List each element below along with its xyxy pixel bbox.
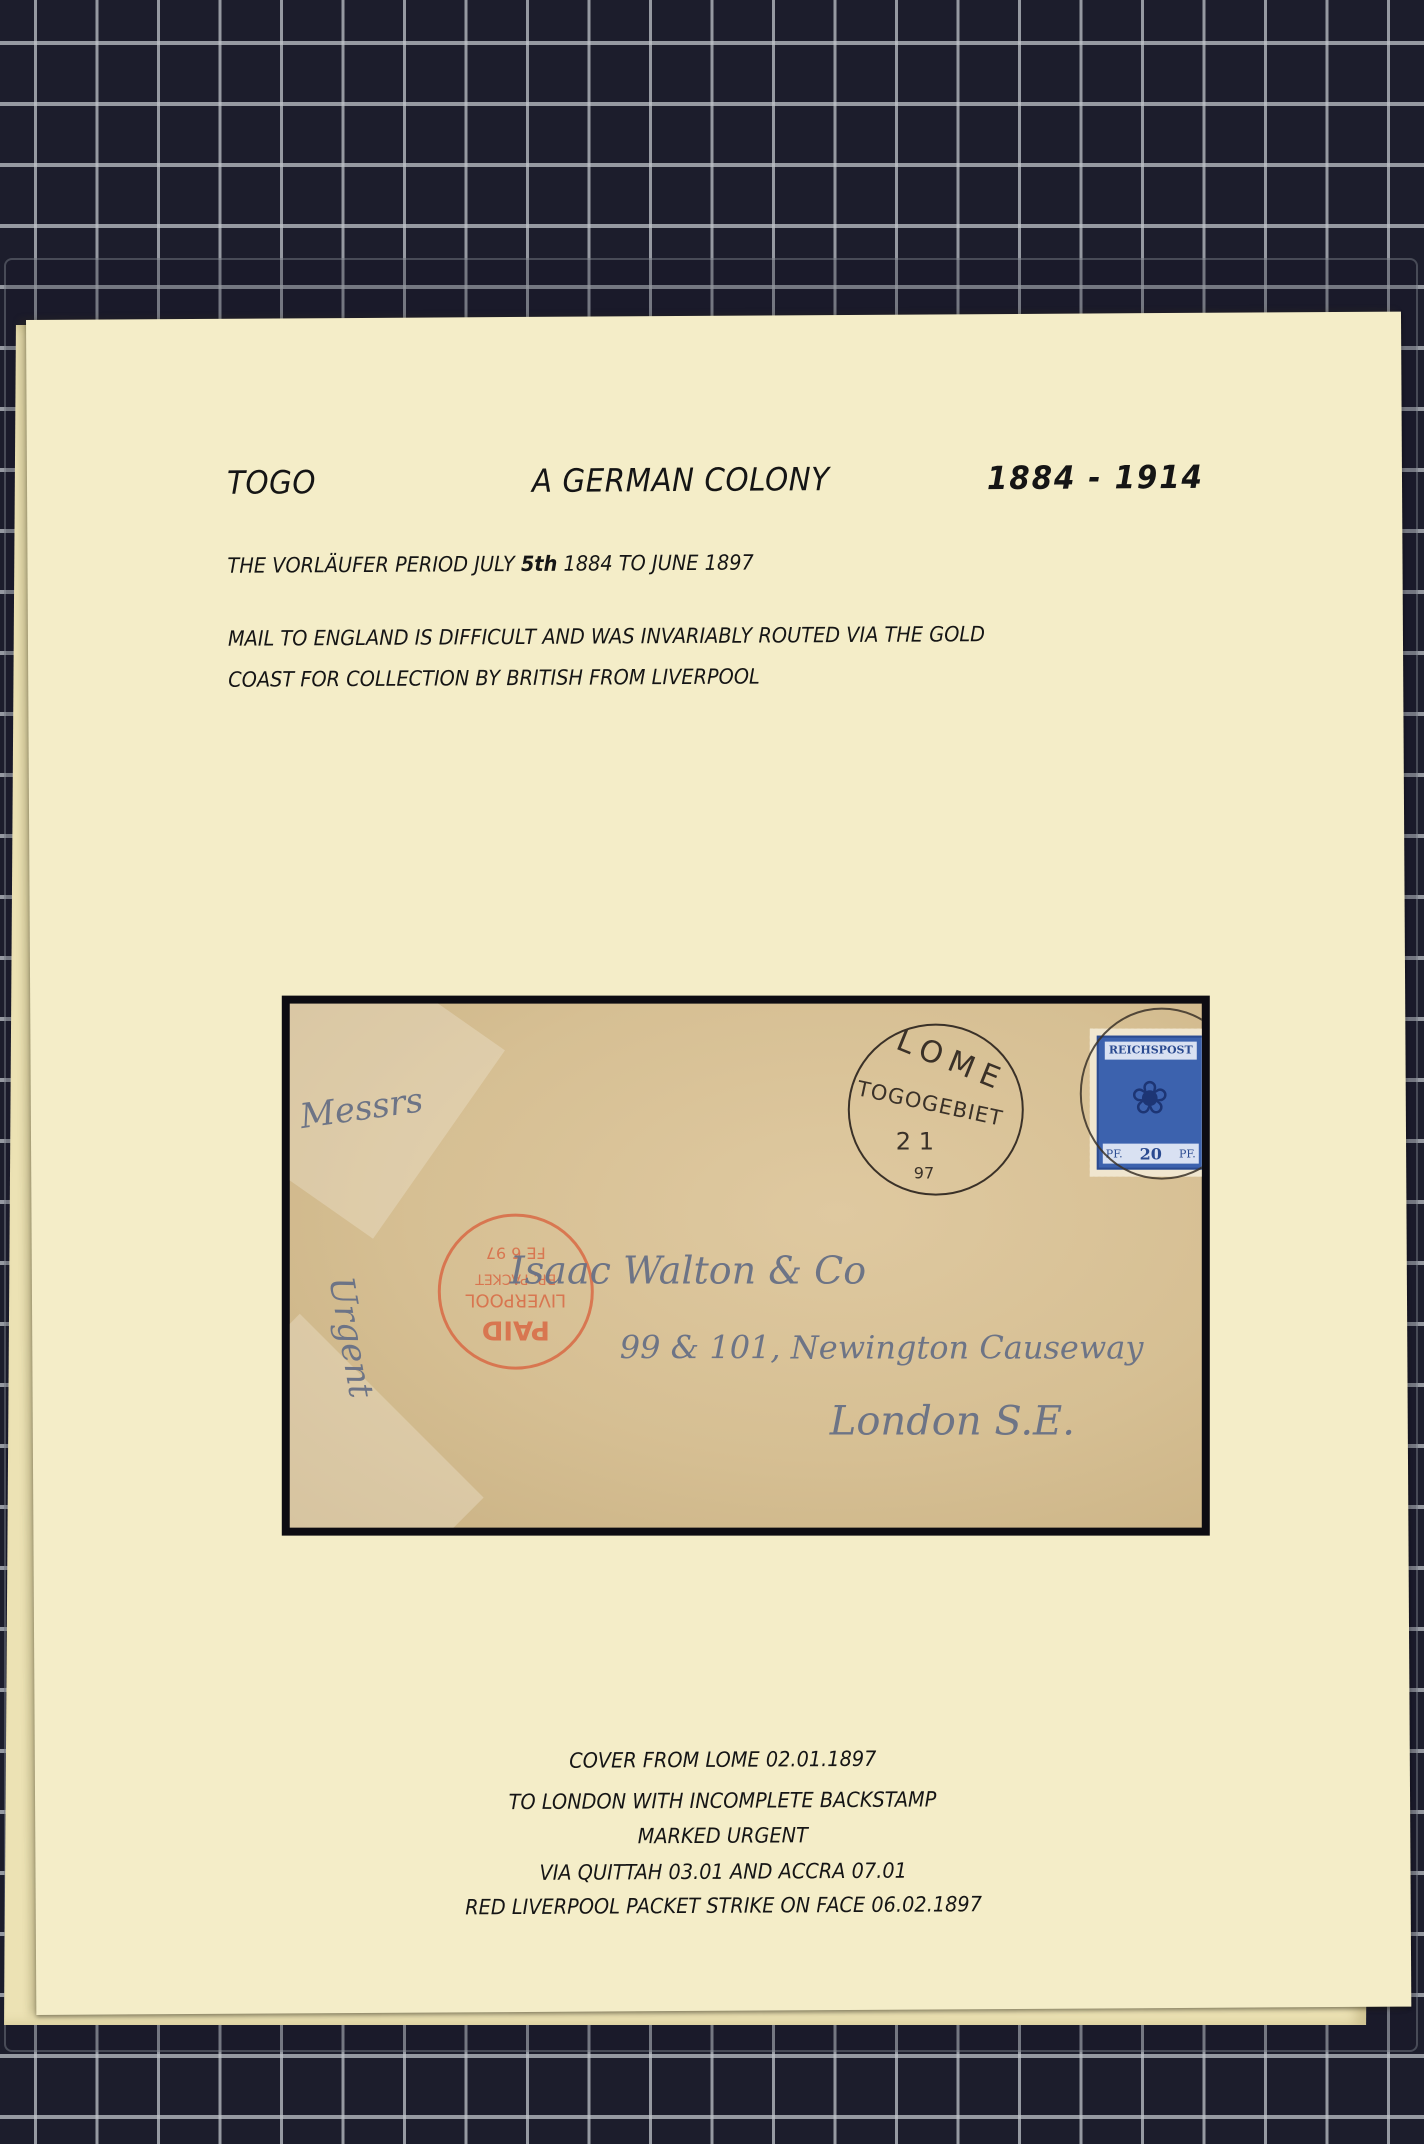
red-strike-line-2: LIVERPOOL [441,1290,591,1311]
address-line-3: London S.E. [830,1399,1075,1445]
period-line: THE VORLÄUFER PERIOD JULY 5th 1884 TO JU… [227,551,753,578]
page-title-subtitle: A GERMAN COLONY [532,460,830,500]
envelope: LOME TOGOGEBIET 2 1 97 REICHSPOST ❀ PF. … [290,1004,1202,1528]
address-line-2: 99 & 101, Newington Causeway [620,1329,1144,1367]
caption-text: COVER FROM LOME 02.01.1897 [569,1747,876,1773]
page-title-years: 1884 - 1914 [987,458,1204,497]
caption-line-4: VIA QUITTAH 03.01 AND ACCRA 07.01 [35,1856,1410,1888]
address-line-1: Isaac Walton & Co [510,1249,866,1293]
caption-line-5: RED LIVERPOOL PACKET STRIKE ON FACE 06.0… [36,1890,1411,1922]
description-line-1: MAIL TO ENGLAND IS DIFFICULT AND WAS INV… [228,614,985,660]
cover-mount: LOME TOGOGEBIET 2 1 97 REICHSPOST ❀ PF. … [282,996,1210,1536]
caption-line-2: TO LONDON WITH INCOMPLETE BACKSTAMP [35,1785,1410,1817]
caption-line-1: COVER FROM LOME 02.01.1897 [35,1744,1410,1776]
lome-postmark: LOME TOGOGEBIET 2 1 97 [848,1024,1024,1196]
caption-text: VIA QUITTAH 03.01 AND ACCRA 07.01 [539,1859,907,1885]
caption-line-3: MARKED URGENT [35,1820,1410,1852]
caption-text: MARKED URGENT [638,1823,808,1848]
red-strike-line-1: PAID [441,1315,591,1345]
caption-text: TO LONDON WITH INCOMPLETE BACKSTAMP [509,1787,937,1814]
period-day: 5th [521,552,558,576]
postmark-year: 97 [914,1164,934,1183]
page-title-country: TOGO [227,463,316,502]
postmark-date: 2 1 [896,1128,934,1156]
period-suffix: 1884 TO JUNE 1897 [557,551,754,576]
album-page: TOGO A GERMAN COLONY 1884 - 1914 THE VOR… [26,312,1411,2015]
description-line-2: COAST FOR COLLECTION BY BRITISH FROM LIV… [228,657,760,701]
photo-corner-bottom-left [290,1314,484,1528]
period-prefix: THE VORLÄUFER PERIOD JULY [227,552,521,578]
caption-text: RED LIVERPOOL PACKET STRIKE ON FACE 06.0… [465,1892,982,1919]
